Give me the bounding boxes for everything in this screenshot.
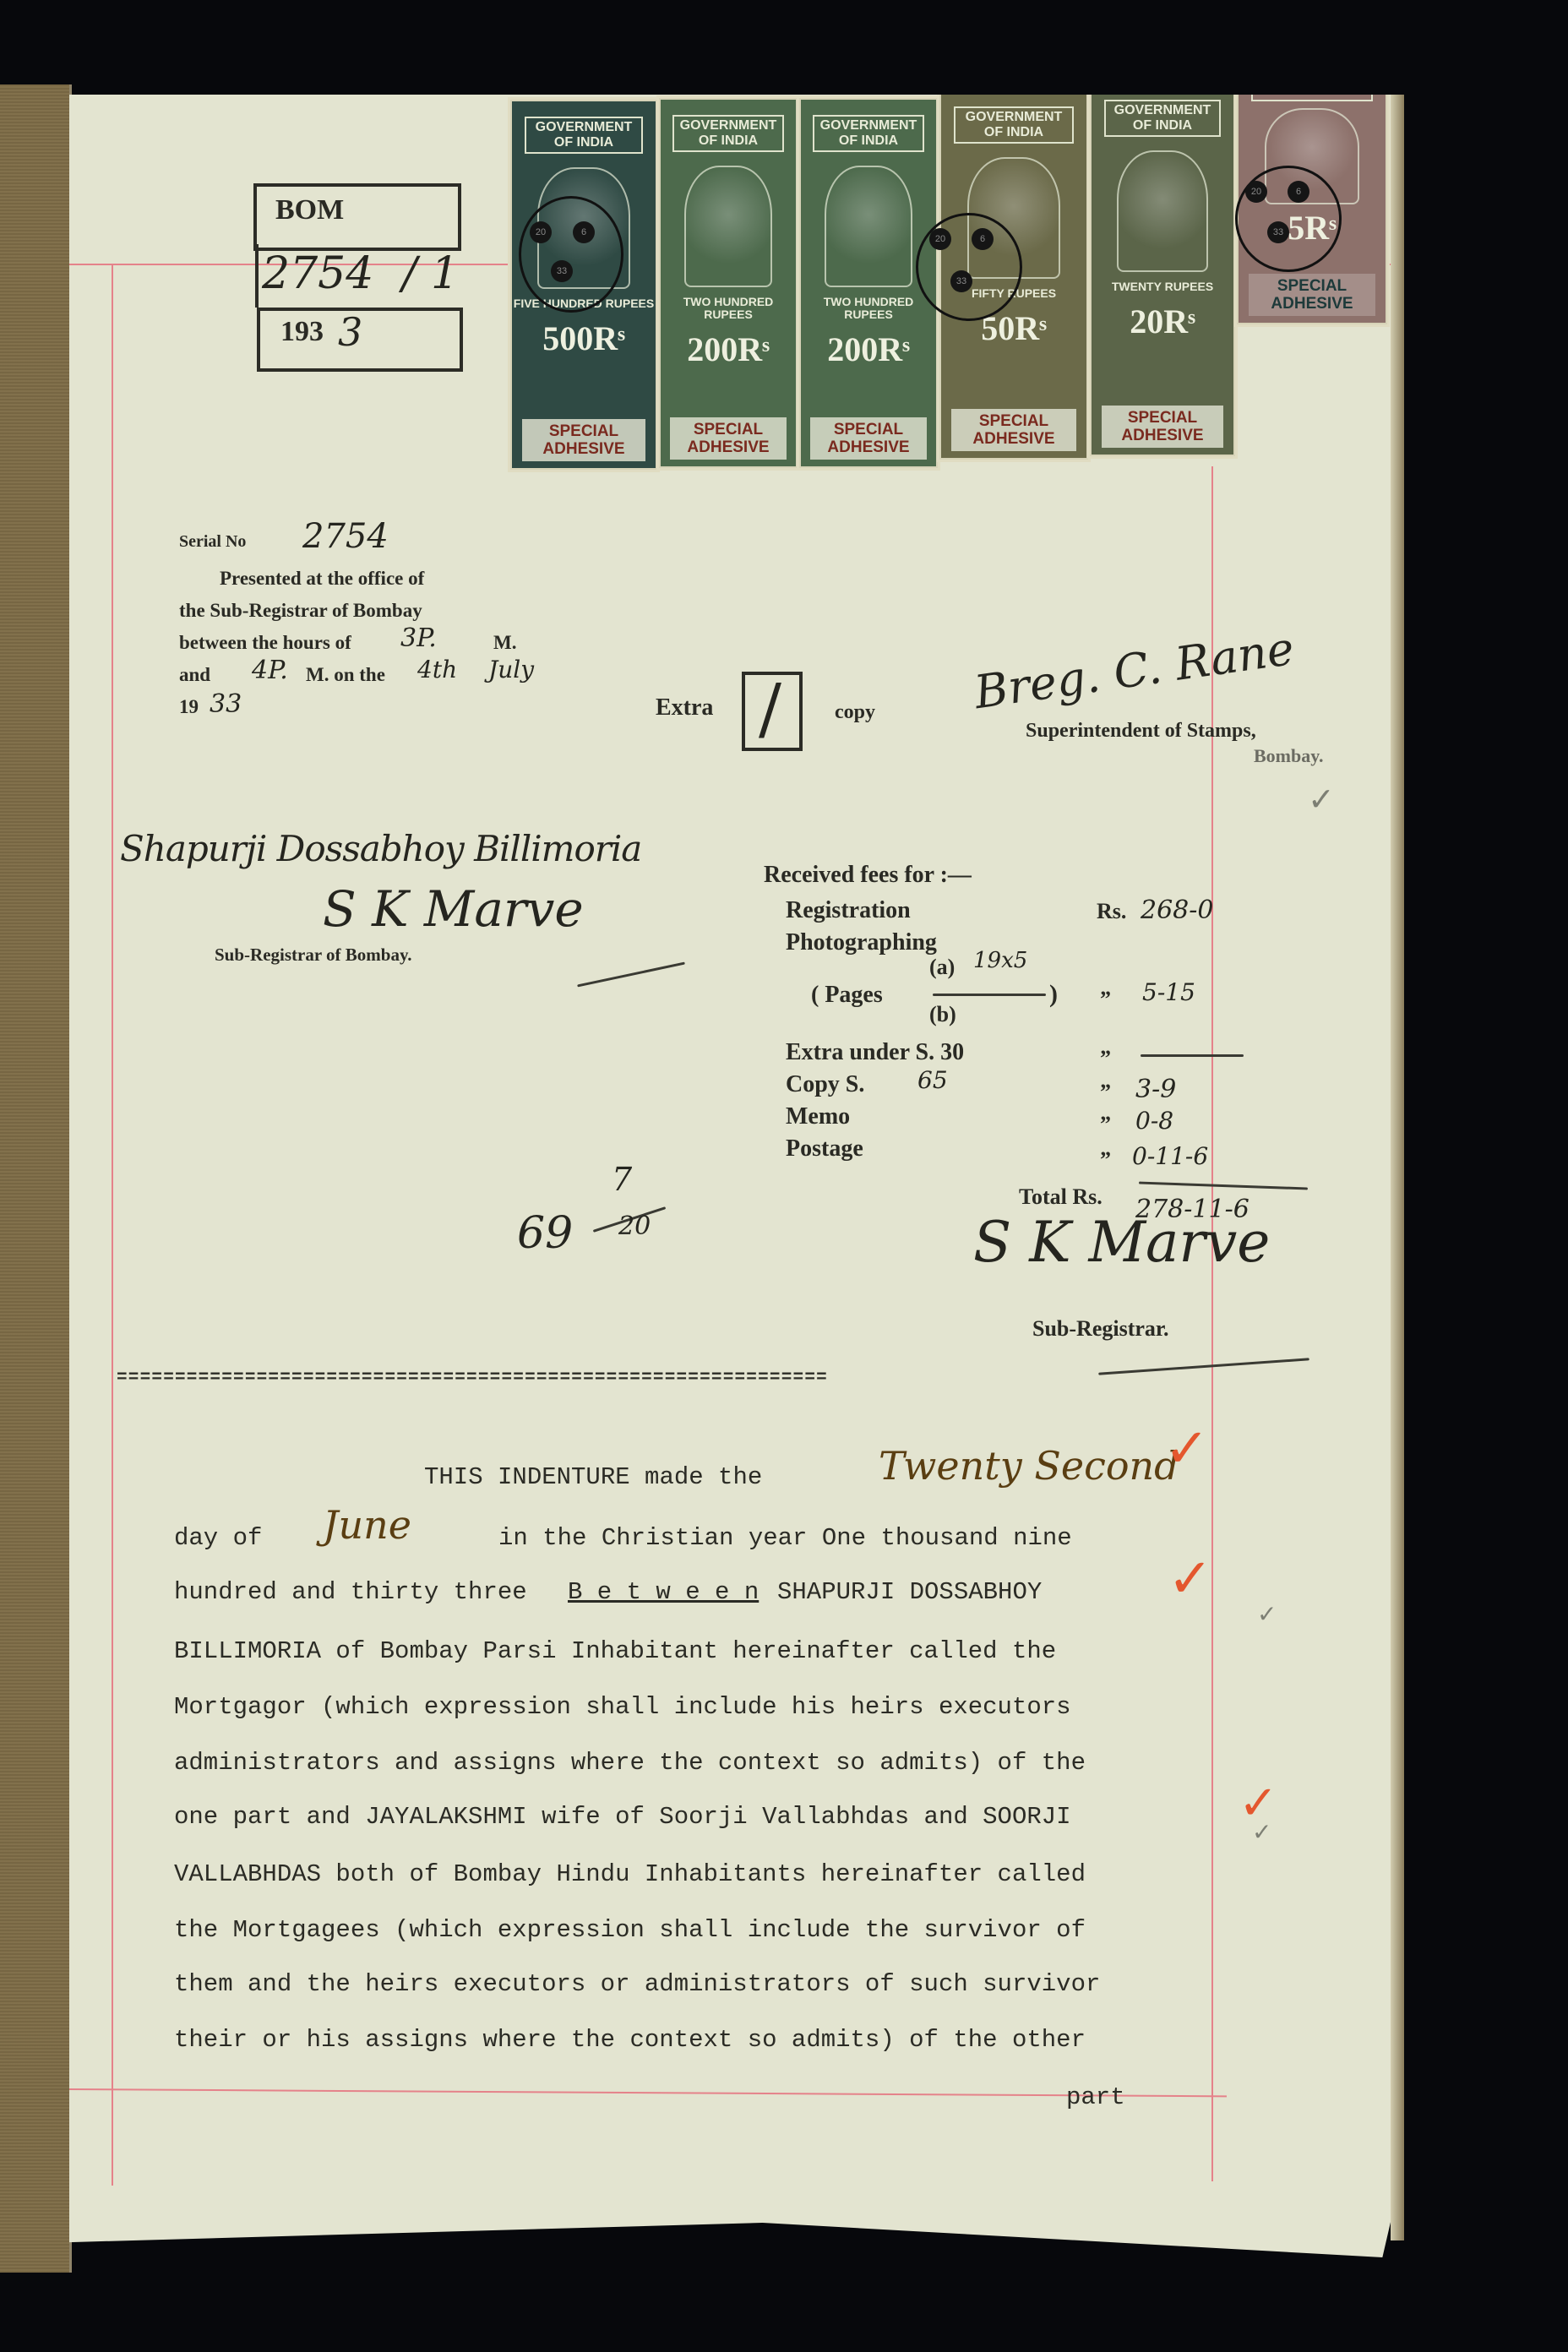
fee-ditto-extra: ” [1100, 1046, 1111, 1071]
cancellation-circle-1 [519, 196, 623, 313]
fee-label-copy: Copy S. [786, 1071, 864, 1098]
indenture-date-day: Twenty Second [879, 1443, 1179, 1489]
fee-label-registration: Registration [786, 897, 911, 924]
reg-suffix: / 1 [402, 248, 459, 299]
presented-line-4a: and [179, 664, 210, 686]
indenture-line-2b: in the Christian year One thousand nine [498, 1524, 1072, 1552]
fee-pages-prefix: ( Pages [811, 982, 883, 1009]
red-check-icon: ✓ [1168, 1548, 1213, 1610]
fee-copy-section: 65 [917, 1066, 948, 1094]
fee-label-postage: Postage [786, 1135, 863, 1162]
indenture-between: B e t w e e n [568, 1578, 759, 1606]
indenture-line-7: one part and JAYALAKSHMI wife of Soorji … [174, 1803, 1071, 1831]
superintendent-title: Superintendent of Stamps, [1026, 720, 1256, 743]
presented-line-1: Presented at the office of [220, 568, 424, 590]
book-spine [0, 84, 72, 2273]
serial-value: 2754 [302, 517, 389, 556]
fee-total-label: Total Rs. [1019, 1184, 1102, 1210]
fee-amount-postage: 0-11-6 [1132, 1142, 1208, 1170]
superintendent-signature: Breg. C. Rane [971, 622, 1297, 719]
presented-line-4b: M. on the [306, 664, 385, 686]
fee-total-rule [1139, 1182, 1308, 1190]
signature-underline-1 [577, 962, 685, 988]
indenture-line-9: the Mortgagees (which expression shall i… [174, 1916, 1086, 1944]
fee-ditto-memo: ” [1100, 1112, 1111, 1137]
serial-label: Serial No [179, 532, 246, 552]
stamp-200-a: GOVERNMENT OF INDIA TWO HUNDRED RUPEES 2… [659, 98, 798, 468]
indenture-line-5: Mortgagor (which expression shall includ… [174, 1693, 1071, 1721]
indenture-line-12: part [1066, 2083, 1125, 2111]
indenture-line-3a: hundred and thirty three [174, 1578, 527, 1606]
presented-hour-to: 4P. [252, 656, 288, 685]
cancel-month-1: 6 [573, 221, 595, 243]
fee-amount-extra-dash [1141, 1054, 1244, 1057]
fee-ditto-pages: ” [1100, 987, 1111, 1012]
fee-pages-close: ) [1049, 980, 1058, 1009]
registrar-signature-2: S K Marve [973, 1210, 1270, 1275]
presented-month: July [488, 656, 534, 683]
cancel-day-1: 20 [530, 221, 552, 243]
fee-pages-b: (b) [929, 1002, 956, 1027]
stamp-200-b: GOVERNMENT OF INDIA TWO HUNDRED RUPEES 2… [799, 98, 938, 468]
reg-year-printed: 193 [280, 316, 324, 348]
fee-pages-a-value: 19x5 [973, 948, 1027, 973]
cancel-day-3: 20 [1245, 181, 1267, 203]
fee-label-memo: Memo [786, 1103, 850, 1130]
grey-check-icon: ✓ [1308, 781, 1335, 818]
indenture-line-8: VALLABHDAS both of Bombay Hindu Inhabita… [174, 1860, 1086, 1888]
cancel-year-3: 33 [1267, 221, 1289, 243]
registrar-signature-1: S K Marve [323, 880, 584, 938]
cancel-year-1: 33 [551, 260, 573, 282]
registrar-title-1: Sub-Registrar of Bombay. [215, 945, 412, 966]
bottom-margin-rule [69, 2088, 1227, 2097]
fee-amount-photographing: 5-15 [1142, 978, 1195, 1006]
fee-amount-copy: 3-9 [1135, 1075, 1176, 1104]
stamp-20: GOVERNMENT OF INDIA TWENTY RUPEES 20Rˢ S… [1090, 83, 1235, 456]
reg-office: BOM [275, 194, 344, 226]
indenture-line-10: them and the heirs executors or administ… [174, 1970, 1100, 1998]
presented-day: 4th [417, 656, 457, 683]
fee-pages-fraction-line [933, 994, 1046, 996]
fee-amount-registration: 268-0 [1141, 896, 1213, 925]
fee-ditto-copy: ” [1100, 1080, 1111, 1105]
cancellation-circle-2 [916, 213, 1022, 321]
superintendent-place: Bombay. [1254, 745, 1324, 767]
left-margin-rule [112, 264, 113, 2186]
fee-label-photographing: Photographing [786, 929, 937, 956]
signature-underline-2 [1098, 1358, 1309, 1375]
margin-note-whole: 69 [517, 1208, 573, 1259]
margin-note-denominator: 20 [618, 1211, 651, 1241]
registrar-title-2: Sub-Registrar. [1032, 1316, 1169, 1342]
cancel-month-2: 6 [972, 228, 994, 250]
presented-line-3a: between the hours of [179, 632, 351, 654]
cancel-month-3: 6 [1288, 181, 1309, 203]
cancel-year-2: 33 [950, 270, 972, 292]
fee-amount-memo: 0-8 [1135, 1107, 1173, 1135]
fee-currency: Rs. [1097, 899, 1126, 924]
reg-year-hand: 3 [338, 309, 362, 355]
indenture-line-3b: SHAPURJI DOSSABHOY [777, 1578, 1042, 1606]
extra-copy-mark: / [759, 669, 781, 748]
margin-note-numerator: 7 [612, 1161, 632, 1198]
indenture-line-1a: THIS INDENTURE made the [424, 1463, 762, 1491]
presented-year-hand: 33 [210, 689, 242, 719]
fee-pages-a: (a) [929, 955, 955, 980]
reg-box-number [255, 244, 259, 308]
presented-year-printed: 19 [179, 696, 199, 718]
copy-label: copy [835, 701, 875, 724]
document-page: BOM 2754 / 1 193 3 GOVERNMENT OF INDIA F… [69, 95, 1402, 2257]
cancel-day-2: 20 [929, 228, 951, 250]
extra-label: Extra [656, 694, 713, 721]
fee-ditto-postage: ” [1100, 1147, 1111, 1173]
presenter-signature: Shapurji Dossabhoy Billimoria [120, 828, 641, 869]
grey-check-icon: ✓ [1252, 1818, 1271, 1846]
grey-check-icon: ✓ [1257, 1600, 1277, 1628]
indenture-date-month: June [323, 1502, 411, 1548]
page-edge-shadow [1391, 95, 1404, 2240]
indenture-line-4: BILLIMORIA of Bombay Parsi Inhabitant he… [174, 1637, 1056, 1665]
presented-line-2: the Sub-Registrar of Bombay [179, 600, 422, 622]
presented-line-3b: M. [493, 632, 516, 654]
indenture-line-6: administrators and assigns where the con… [174, 1749, 1086, 1777]
reg-number: 2754 [262, 248, 373, 299]
indenture-line-2a: day of [174, 1524, 262, 1552]
presented-hour-from: 3P. [400, 623, 437, 653]
red-check-icon: ✓ [1164, 1418, 1210, 1480]
section-separator: ========================================… [117, 1369, 828, 1388]
fees-heading: Received fees for :— [764, 862, 972, 889]
fee-label-extra-s30: Extra under S. 30 [786, 1039, 964, 1066]
indenture-line-11: their or his assigns where the context s… [174, 2026, 1086, 2054]
